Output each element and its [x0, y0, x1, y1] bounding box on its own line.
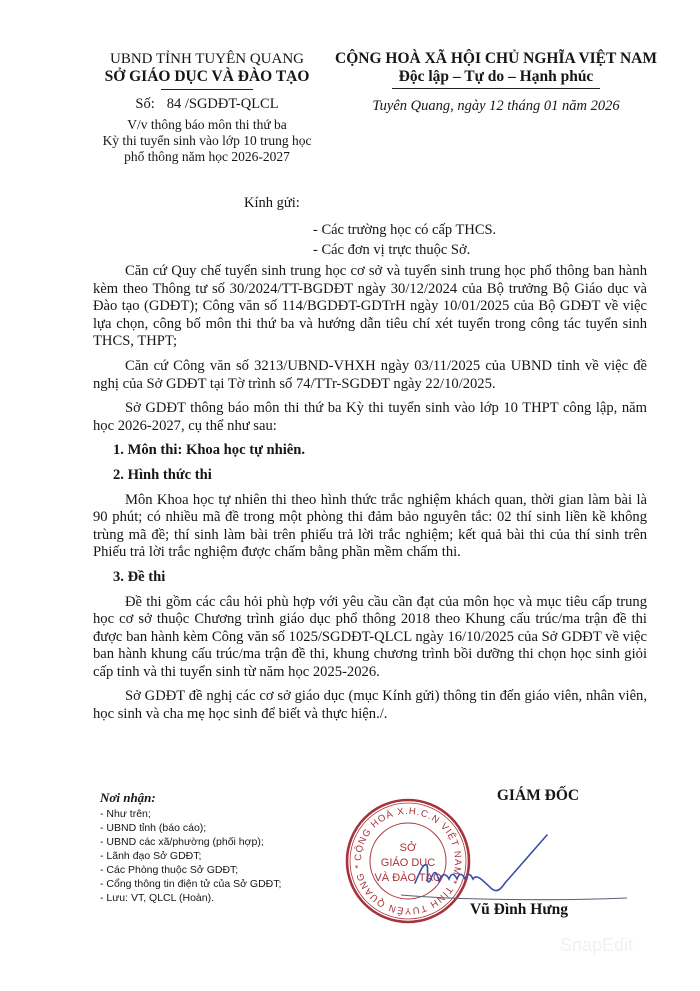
distribution-item: - Các Phòng thuộc Sở GDĐT;: [100, 863, 330, 877]
signer-name: Vũ Đình Hưng: [444, 901, 594, 919]
nation-title: CỘNG HOÀ XÃ HỘI CHỦ NGHĨA VIỆT NAM: [327, 50, 665, 68]
document-number-value: 84 /SGDĐT-QLCL: [167, 96, 279, 112]
distribution-item: - Lãnh đạo Sở GDĐT;: [100, 849, 330, 863]
addressee-item: - Các trường học có cấp THCS.: [313, 220, 496, 240]
document-number: Số:84 /SGDĐT-QLCL: [82, 94, 332, 114]
place-date: Tuyên Quang, ngày 12 tháng 01 năm 2026: [327, 97, 665, 115]
distribution-item: - Như trên;: [100, 807, 330, 821]
subject-line: Kỳ thi tuyển sinh vào lớp 10 trung học: [82, 133, 332, 149]
signer-position: GIÁM ĐỐC: [463, 787, 613, 805]
document-number-label: Số:: [135, 96, 154, 112]
distribution-item: - Cổng thông tin điện tử của Sở GDĐT;: [100, 877, 330, 891]
document-body: Căn cứ Quy chế tuyển sinh trung học cơ s…: [93, 263, 647, 731]
subject-line: phổ thông năm học 2026-2027: [82, 149, 332, 165]
watermark: SnapEdit: [560, 935, 633, 956]
header-left-divider: [161, 89, 253, 90]
section-heading-format: 2. Hình thức thi: [93, 467, 647, 485]
distribution-item: - UBND tỉnh (báo cáo);: [100, 821, 330, 835]
section-heading-subject: 1. Môn thi: Khoa học tự nhiên.: [93, 442, 647, 460]
addressee-list: - Các trường học có cấp THCS. - Các đơn …: [313, 220, 496, 260]
handwritten-signature-icon: [397, 815, 647, 915]
addressee-label: Kính gửi:: [244, 195, 300, 212]
issuing-agency-block: UBND TỈNH TUYÊN QUANG SỞ GIÁO DỤC VÀ ĐÀO…: [82, 50, 332, 165]
section-heading-exam: 3. Đề thi: [93, 569, 647, 587]
header-right-divider: [392, 88, 600, 89]
body-paragraph: Sở GDĐT thông báo môn thi thứ ba Kỳ thi …: [93, 400, 647, 435]
national-motto: Độc lập – Tự do – Hạnh phúc: [327, 68, 665, 86]
distribution-title: Nơi nhận:: [100, 790, 330, 806]
body-paragraph: Căn cứ Công văn số 3213/UBND-VHXH ngày 0…: [93, 358, 647, 393]
addressee-item: - Các đơn vị trực thuộc Sở.: [313, 240, 496, 260]
body-paragraph: Môn Khoa học tự nhiên thi theo hình thức…: [93, 492, 647, 562]
body-paragraph: Sở GDĐT đề nghị các cơ sở giáo dục (mục …: [93, 688, 647, 723]
distribution-item: - UBND các xã/phường (phối hợp);: [100, 835, 330, 849]
subject-line: V/v thông báo môn thi thứ ba: [82, 117, 332, 133]
distribution-item: - Lưu: VT, QLCL (Hoàn).: [100, 891, 330, 905]
distribution-list: Nơi nhận: - Như trên; - UBND tỉnh (báo c…: [100, 790, 330, 905]
authority-name: UBND TỈNH TUYÊN QUANG: [82, 50, 332, 68]
national-header-block: CỘNG HOÀ XÃ HỘI CHỦ NGHĨA VIỆT NAM Độc l…: [327, 50, 665, 115]
document-subject: V/v thông báo môn thi thứ ba Kỳ thi tuyể…: [82, 117, 332, 165]
body-paragraph: Đề thi gồm các câu hỏi phù hợp với yêu c…: [93, 594, 647, 682]
department-name: SỞ GIÁO DỤC VÀ ĐÀO TẠO: [82, 68, 332, 86]
body-paragraph: Căn cứ Quy chế tuyển sinh trung học cơ s…: [93, 263, 647, 351]
